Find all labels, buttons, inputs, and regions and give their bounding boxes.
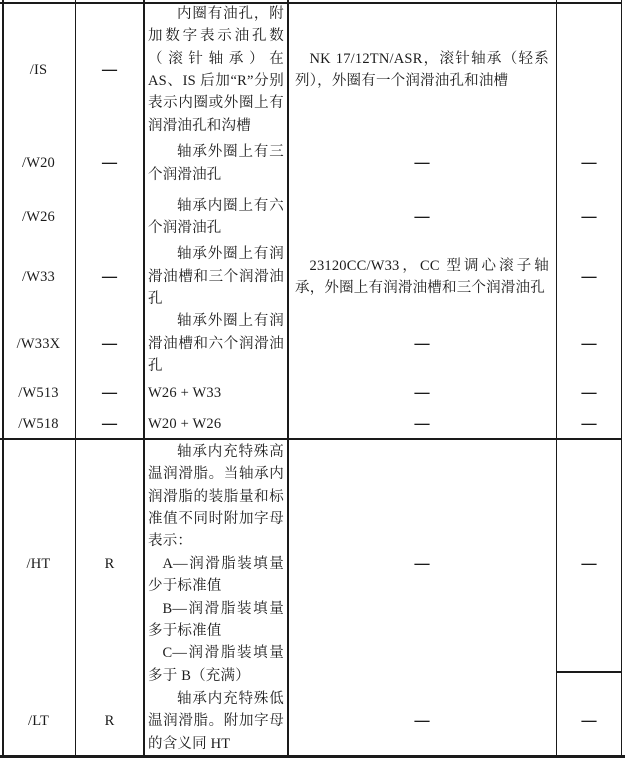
example-dash-wrap: —	[288, 416, 556, 433]
description-cell: 内圈有油孔，附加数字表示油孔数（滚针轴承）在 AS、IS 后加“R”分别表示内圈…	[144, 3, 288, 137]
example-cell: —	[288, 378, 556, 408]
em-dash: —	[415, 711, 430, 732]
example-cell: —	[288, 688, 556, 755]
em-dash: —	[582, 266, 597, 287]
description-text: 轴承内充特殊高温润滑脂。当轴承内润滑脂的装脂量和标准值不同时附加字母表示：A—润…	[144, 441, 288, 687]
tail-cell: —	[556, 190, 622, 244]
example-text: NK 17/12TN/ASR，滚针轴承（轻系列），外圈有一个润滑油孔和油槽	[288, 48, 556, 93]
suffix-code: /W33	[22, 269, 55, 286]
table-row: /HTR轴承内充特殊高温润滑脂。当轴承内润滑脂的装脂量和标准值不同时附加字母表示…	[2, 440, 622, 688]
suffix-code: /W26	[22, 209, 55, 226]
description-cell: 轴承外圈上有三个润滑油孔	[144, 137, 288, 190]
example-cell: —	[288, 440, 556, 688]
description-text: 轴承内圈上有六个润滑油孔	[144, 195, 288, 240]
mark-cell: —	[75, 310, 144, 378]
description-paragraph: C—润滑脂装填量多于 B（充满）	[148, 642, 284, 687]
example-dash-wrap: —	[288, 336, 556, 353]
em-dash: —	[415, 413, 430, 434]
description-text: W26 + W33	[144, 382, 288, 404]
description-cell: W20 + W26	[144, 408, 288, 440]
em-dash: —	[102, 333, 117, 354]
example-dash-wrap: —	[288, 209, 556, 226]
suffix-code: /W20	[22, 155, 55, 172]
tail-cell: —	[556, 137, 622, 190]
example-paragraph: 23120CC/W33，CC 型调心滚子轴承，外圈上有润滑油槽和三个润滑油孔	[295, 255, 549, 300]
em-dash: —	[582, 382, 597, 403]
table-row: /IS—内圈有油孔，附加数字表示油孔数（滚针轴承）在 AS、IS 后加“R”分别…	[2, 3, 622, 137]
suffix-code: /W513	[18, 385, 58, 402]
suffix-code: /LT	[28, 713, 49, 730]
example-cell: —	[288, 408, 556, 440]
mark-cell: R	[75, 688, 144, 755]
tail-cell	[556, 3, 622, 137]
description-paragraph: W20 + W26	[148, 413, 284, 435]
description-text: 轴承外圈上有三个润滑油孔	[144, 141, 288, 186]
description-paragraph: 轴承外圈上有润滑油槽和六个润滑油孔	[148, 310, 284, 377]
description-paragraph: 轴承外圈上有润滑油槽和三个润滑油孔	[148, 244, 284, 310]
code-cell: /W513	[2, 378, 75, 408]
example-dash-wrap: —	[288, 556, 556, 573]
table-body: /IS—内圈有油孔，附加数字表示油孔数（滚针轴承）在 AS、IS 后加“R”分别…	[2, 3, 622, 755]
description-cell: 轴承内圈上有六个润滑油孔	[144, 190, 288, 244]
table-row: /LTR轴承内充特殊低温润滑脂。附加字母的含义同 HT——	[2, 688, 622, 755]
em-dash: —	[582, 413, 597, 434]
em-dash: —	[415, 333, 430, 354]
code-cell: /HT	[2, 440, 75, 688]
table-row: /W33X—轴承外圈上有润滑油槽和六个润滑油孔——	[2, 310, 622, 378]
code-cell: /LT	[2, 688, 75, 755]
description-paragraph: B—润滑脂装填量多于标准值	[148, 598, 284, 643]
description-text: W20 + W26	[144, 413, 288, 435]
table-rule-bottom	[0, 755, 625, 759]
tail-cell: —	[556, 408, 622, 440]
example-text: 23120CC/W33，CC 型调心滚子轴承，外圈上有润滑油槽和三个润滑油孔	[288, 255, 556, 300]
em-dash: —	[582, 553, 597, 574]
example-dash-wrap: —	[288, 713, 556, 730]
description-text: 内圈有油孔，附加数字表示油孔数（滚针轴承）在 AS、IS 后加“R”分别表示内圈…	[144, 3, 288, 137]
scanned-document-page: /IS—内圈有油孔，附加数字表示油孔数（滚针轴承）在 AS、IS 后加“R”分别…	[0, 0, 625, 765]
description-text: 轴承内充特殊低温润滑脂。附加字母的含义同 HT	[144, 688, 288, 755]
description-paragraph: W26 + W33	[148, 382, 284, 404]
tail-cell: —	[556, 688, 622, 755]
em-dash: —	[102, 382, 117, 403]
suffix-code: /W33X	[17, 336, 61, 353]
description-cell: 轴承外圈上有润滑油槽和六个润滑油孔	[144, 310, 288, 378]
em-dash: —	[415, 153, 430, 174]
tail-cell: —	[556, 440, 622, 688]
description-cell: 轴承外圈上有润滑油槽和三个润滑油孔	[144, 244, 288, 310]
example-paragraph: NK 17/12TN/ASR，滚针轴承（轻系列），外圈有一个润滑油孔和油槽	[295, 48, 549, 93]
code-cell: /W33X	[2, 310, 75, 378]
example-dash-wrap: —	[288, 385, 556, 402]
description-paragraph: 轴承外圈上有三个润滑油孔	[148, 141, 284, 186]
code-cell: /IS	[2, 3, 75, 137]
mark-cell: —	[75, 3, 144, 137]
em-dash: —	[102, 413, 117, 434]
mark-cell: —	[75, 244, 144, 310]
example-cell: —	[288, 310, 556, 378]
table-row: /W26轴承内圈上有六个润滑油孔——	[2, 190, 622, 244]
description-paragraph: 轴承内充特殊高温润滑脂。当轴承内润滑脂的装脂量和标准值不同时附加字母表示：	[148, 441, 284, 553]
mark-letter: R	[105, 556, 115, 573]
example-cell: NK 17/12TN/ASR，滚针轴承（轻系列），外圈有一个润滑油孔和油槽	[288, 3, 556, 137]
suffix-code: /HT	[27, 556, 51, 573]
em-dash: —	[415, 382, 430, 403]
code-cell: /W33	[2, 244, 75, 310]
description-cell: W26 + W33	[144, 378, 288, 408]
mark-cell: —	[75, 137, 144, 190]
table-row: /W518—W20 + W26——	[2, 408, 622, 440]
em-dash: —	[102, 59, 117, 80]
description-paragraph: 内圈有油孔，附加数字表示油孔数（滚针轴承）在 AS、IS 后加“R”分别表示内圈…	[148, 3, 284, 137]
description-paragraph: 轴承内圈上有六个润滑油孔	[148, 195, 284, 240]
example-cell: —	[288, 137, 556, 190]
code-cell: /W518	[2, 408, 75, 440]
em-dash: —	[582, 333, 597, 354]
example-cell: —	[288, 190, 556, 244]
mark-cell: R	[75, 440, 144, 688]
em-dash: —	[582, 153, 597, 174]
em-dash: —	[102, 266, 117, 287]
suffix-code: /W518	[18, 416, 58, 433]
mark-letter: R	[105, 713, 115, 730]
em-dash: —	[415, 553, 430, 574]
table-row: /W33—轴承外圈上有润滑油槽和三个润滑油孔23120CC/W33，CC 型调心…	[2, 244, 622, 310]
description-paragraph: 轴承内充特殊低温润滑脂。附加字母的含义同 HT	[148, 688, 284, 755]
tail-cell: —	[556, 244, 622, 310]
tail-cell: —	[556, 378, 622, 408]
mark-cell: —	[75, 378, 144, 408]
tail-cell: —	[556, 310, 622, 378]
table-row: /W513—W26 + W33——	[2, 378, 622, 408]
mark-cell: —	[75, 408, 144, 440]
em-dash: —	[582, 711, 597, 732]
code-cell: /W20	[2, 137, 75, 190]
description-paragraph: A—润滑脂装填量少于标准值	[148, 553, 284, 598]
description-text: 轴承外圈上有润滑油槽和六个润滑油孔	[144, 310, 288, 377]
example-dash-wrap: —	[288, 155, 556, 172]
table-row: /W20—轴承外圈上有三个润滑油孔——	[2, 137, 622, 190]
example-cell: 23120CC/W33，CC 型调心滚子轴承，外圈上有润滑油槽和三个润滑油孔	[288, 244, 556, 310]
suffix-code: /IS	[30, 62, 48, 79]
code-cell: /W26	[2, 190, 75, 244]
em-dash: —	[415, 206, 430, 227]
description-cell: 轴承内充特殊低温润滑脂。附加字母的含义同 HT	[144, 688, 288, 755]
description-text: 轴承外圈上有润滑油槽和三个润滑油孔	[144, 244, 288, 310]
mark-cell	[75, 190, 144, 244]
description-cell: 轴承内充特殊高温润滑脂。当轴承内润滑脂的装脂量和标准值不同时附加字母表示：A—润…	[144, 440, 288, 688]
em-dash: —	[102, 153, 117, 174]
em-dash: —	[582, 206, 597, 227]
